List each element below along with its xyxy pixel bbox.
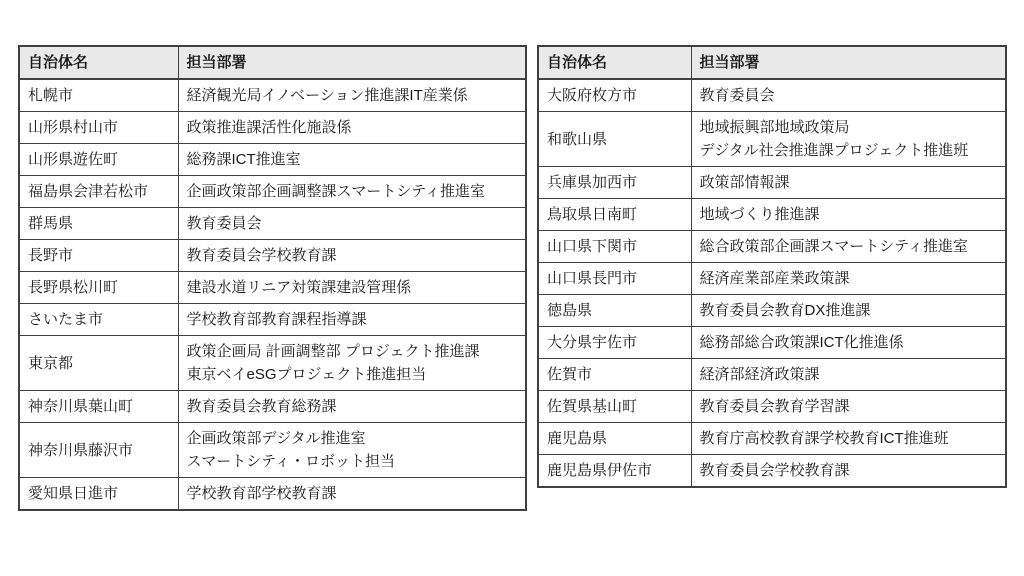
municipality-cell: 神奈川県藤沢市	[19, 423, 178, 478]
department-cell: 企画政策部企画調整課スマートシティ推進室	[178, 176, 526, 208]
table-header-row: 自治体名 担当部署	[19, 46, 526, 79]
table-row: 愛知県日進市学校教育部学校教育課	[19, 478, 526, 511]
department-cell: 政策企画局 計画調整部 プロジェクト推進課 東京ベイeSGプロジェクト推進担当	[178, 336, 526, 391]
municipality-cell: さいたま市	[19, 304, 178, 336]
table-row: 鹿児島県伊佐市教育委員会学校教育課	[538, 455, 1006, 488]
municipality-cell: 鹿児島県	[538, 423, 691, 455]
municipality-cell: 愛知県日進市	[19, 478, 178, 511]
municipality-cell: 大阪府枚方市	[538, 79, 691, 112]
right-table-body: 大阪府枚方市教育委員会和歌山県地域振興部地域政策局 デジタル社会推進課プロジェク…	[538, 79, 1006, 487]
table-row: 徳島県教育委員会教育DX推進課	[538, 295, 1006, 327]
table-row: 東京都政策企画局 計画調整部 プロジェクト推進課 東京ベイeSGプロジェクト推進…	[19, 336, 526, 391]
department-cell: 経済観光局イノベーション推進課IT産業係	[178, 79, 526, 112]
table-row: 長野県松川町建設水道リニア対策課建設管理係	[19, 272, 526, 304]
municipality-cell: 福島県会津若松市	[19, 176, 178, 208]
table-row: 山形県遊佐町総務課ICT推進室	[19, 144, 526, 176]
table-row: 鹿児島県教育庁高校教育課学校教育ICT推進班	[538, 423, 1006, 455]
municipality-cell: 鹿児島県伊佐市	[538, 455, 691, 488]
department-cell: 政策部情報課	[691, 167, 1006, 199]
table-row: さいたま市学校教育部教育課程指導課	[19, 304, 526, 336]
column-header-municipality: 自治体名	[538, 46, 691, 79]
department-cell: 教育委員会学校教育課	[178, 240, 526, 272]
municipality-cell: 山口県長門市	[538, 263, 691, 295]
table-row: 佐賀県基山町教育委員会教育学習課	[538, 391, 1006, 423]
table-row: 群馬県教育委員会	[19, 208, 526, 240]
department-cell: 教育委員会教育総務課	[178, 391, 526, 423]
table-header-row: 自治体名 担当部署	[538, 46, 1006, 79]
table-row: 佐賀市経済部経済政策課	[538, 359, 1006, 391]
column-header-municipality: 自治体名	[19, 46, 178, 79]
department-cell: 建設水道リニア対策課建設管理係	[178, 272, 526, 304]
municipality-cell: 徳島県	[538, 295, 691, 327]
left-table: 自治体名 担当部署 札幌市経済観光局イノベーション推進課IT産業係山形県村山市政…	[18, 45, 527, 511]
municipality-cell: 長野県松川町	[19, 272, 178, 304]
department-cell: 地域振興部地域政策局 デジタル社会推進課プロジェクト推進班	[691, 112, 1006, 167]
column-header-department: 担当部署	[178, 46, 526, 79]
department-cell: 教育委員会教育学習課	[691, 391, 1006, 423]
municipality-cell: 札幌市	[19, 79, 178, 112]
municipality-cell: 山口県下関市	[538, 231, 691, 263]
table-row: 大分県宇佐市総務部総合政策課ICT化推進係	[538, 327, 1006, 359]
table-row: 山口県長門市経済産業部産業政策課	[538, 263, 1006, 295]
table-row: 和歌山県地域振興部地域政策局 デジタル社会推進課プロジェクト推進班	[538, 112, 1006, 167]
table-row: 長野市教育委員会学校教育課	[19, 240, 526, 272]
municipality-cell: 和歌山県	[538, 112, 691, 167]
municipality-cell: 佐賀県基山町	[538, 391, 691, 423]
right-table: 自治体名 担当部署 大阪府枚方市教育委員会和歌山県地域振興部地域政策局 デジタル…	[537, 45, 1007, 488]
municipality-cell: 神奈川県葉山町	[19, 391, 178, 423]
department-cell: 学校教育部学校教育課	[178, 478, 526, 511]
municipality-cell: 大分県宇佐市	[538, 327, 691, 359]
municipality-cell: 山形県村山市	[19, 112, 178, 144]
table-row: 大阪府枚方市教育委員会	[538, 79, 1006, 112]
table-row: 山口県下関市総合政策部企画課スマートシティ推進室	[538, 231, 1006, 263]
table-row: 神奈川県葉山町教育委員会教育総務課	[19, 391, 526, 423]
table-row: 鳥取県日南町地域づくり推進課	[538, 199, 1006, 231]
department-cell: 地域づくり推進課	[691, 199, 1006, 231]
slide-canvas: 自治体名 担当部署 札幌市経済観光局イノベーション推進課IT産業係山形県村山市政…	[0, 0, 1024, 576]
department-cell: 経済産業部産業政策課	[691, 263, 1006, 295]
column-header-department: 担当部署	[691, 46, 1006, 79]
municipality-cell: 長野市	[19, 240, 178, 272]
department-cell: 教育委員会	[691, 79, 1006, 112]
department-cell: 経済部経済政策課	[691, 359, 1006, 391]
table-row: 神奈川県藤沢市企画政策部デジタル推進室 スマートシティ・ロボット担当	[19, 423, 526, 478]
department-cell: 教育庁高校教育課学校教育ICT推進班	[691, 423, 1006, 455]
municipality-cell: 鳥取県日南町	[538, 199, 691, 231]
department-cell: 教育委員会教育DX推進課	[691, 295, 1006, 327]
department-cell: 企画政策部デジタル推進室 スマートシティ・ロボット担当	[178, 423, 526, 478]
department-cell: 教育委員会学校教育課	[691, 455, 1006, 488]
municipality-cell: 群馬県	[19, 208, 178, 240]
department-cell: 教育委員会	[178, 208, 526, 240]
left-table-body: 札幌市経済観光局イノベーション推進課IT産業係山形県村山市政策推進課活性化施設係…	[19, 79, 526, 510]
municipality-cell: 東京都	[19, 336, 178, 391]
department-cell: 政策推進課活性化施設係	[178, 112, 526, 144]
department-cell: 総合政策部企画課スマートシティ推進室	[691, 231, 1006, 263]
municipality-cell: 佐賀市	[538, 359, 691, 391]
department-cell: 総務部総合政策課ICT化推進係	[691, 327, 1006, 359]
municipality-cell: 山形県遊佐町	[19, 144, 178, 176]
table-row: 山形県村山市政策推進課活性化施設係	[19, 112, 526, 144]
table-row: 福島県会津若松市企画政策部企画調整課スマートシティ推進室	[19, 176, 526, 208]
table-row: 兵庫県加西市政策部情報課	[538, 167, 1006, 199]
municipality-cell: 兵庫県加西市	[538, 167, 691, 199]
department-cell: 総務課ICT推進室	[178, 144, 526, 176]
municipality-table-left: 自治体名 担当部署 札幌市経済観光局イノベーション推進課IT産業係山形県村山市政…	[18, 45, 525, 511]
table-row: 札幌市経済観光局イノベーション推進課IT産業係	[19, 79, 526, 112]
municipality-table-right: 自治体名 担当部署 大阪府枚方市教育委員会和歌山県地域振興部地域政策局 デジタル…	[537, 45, 1005, 488]
department-cell: 学校教育部教育課程指導課	[178, 304, 526, 336]
